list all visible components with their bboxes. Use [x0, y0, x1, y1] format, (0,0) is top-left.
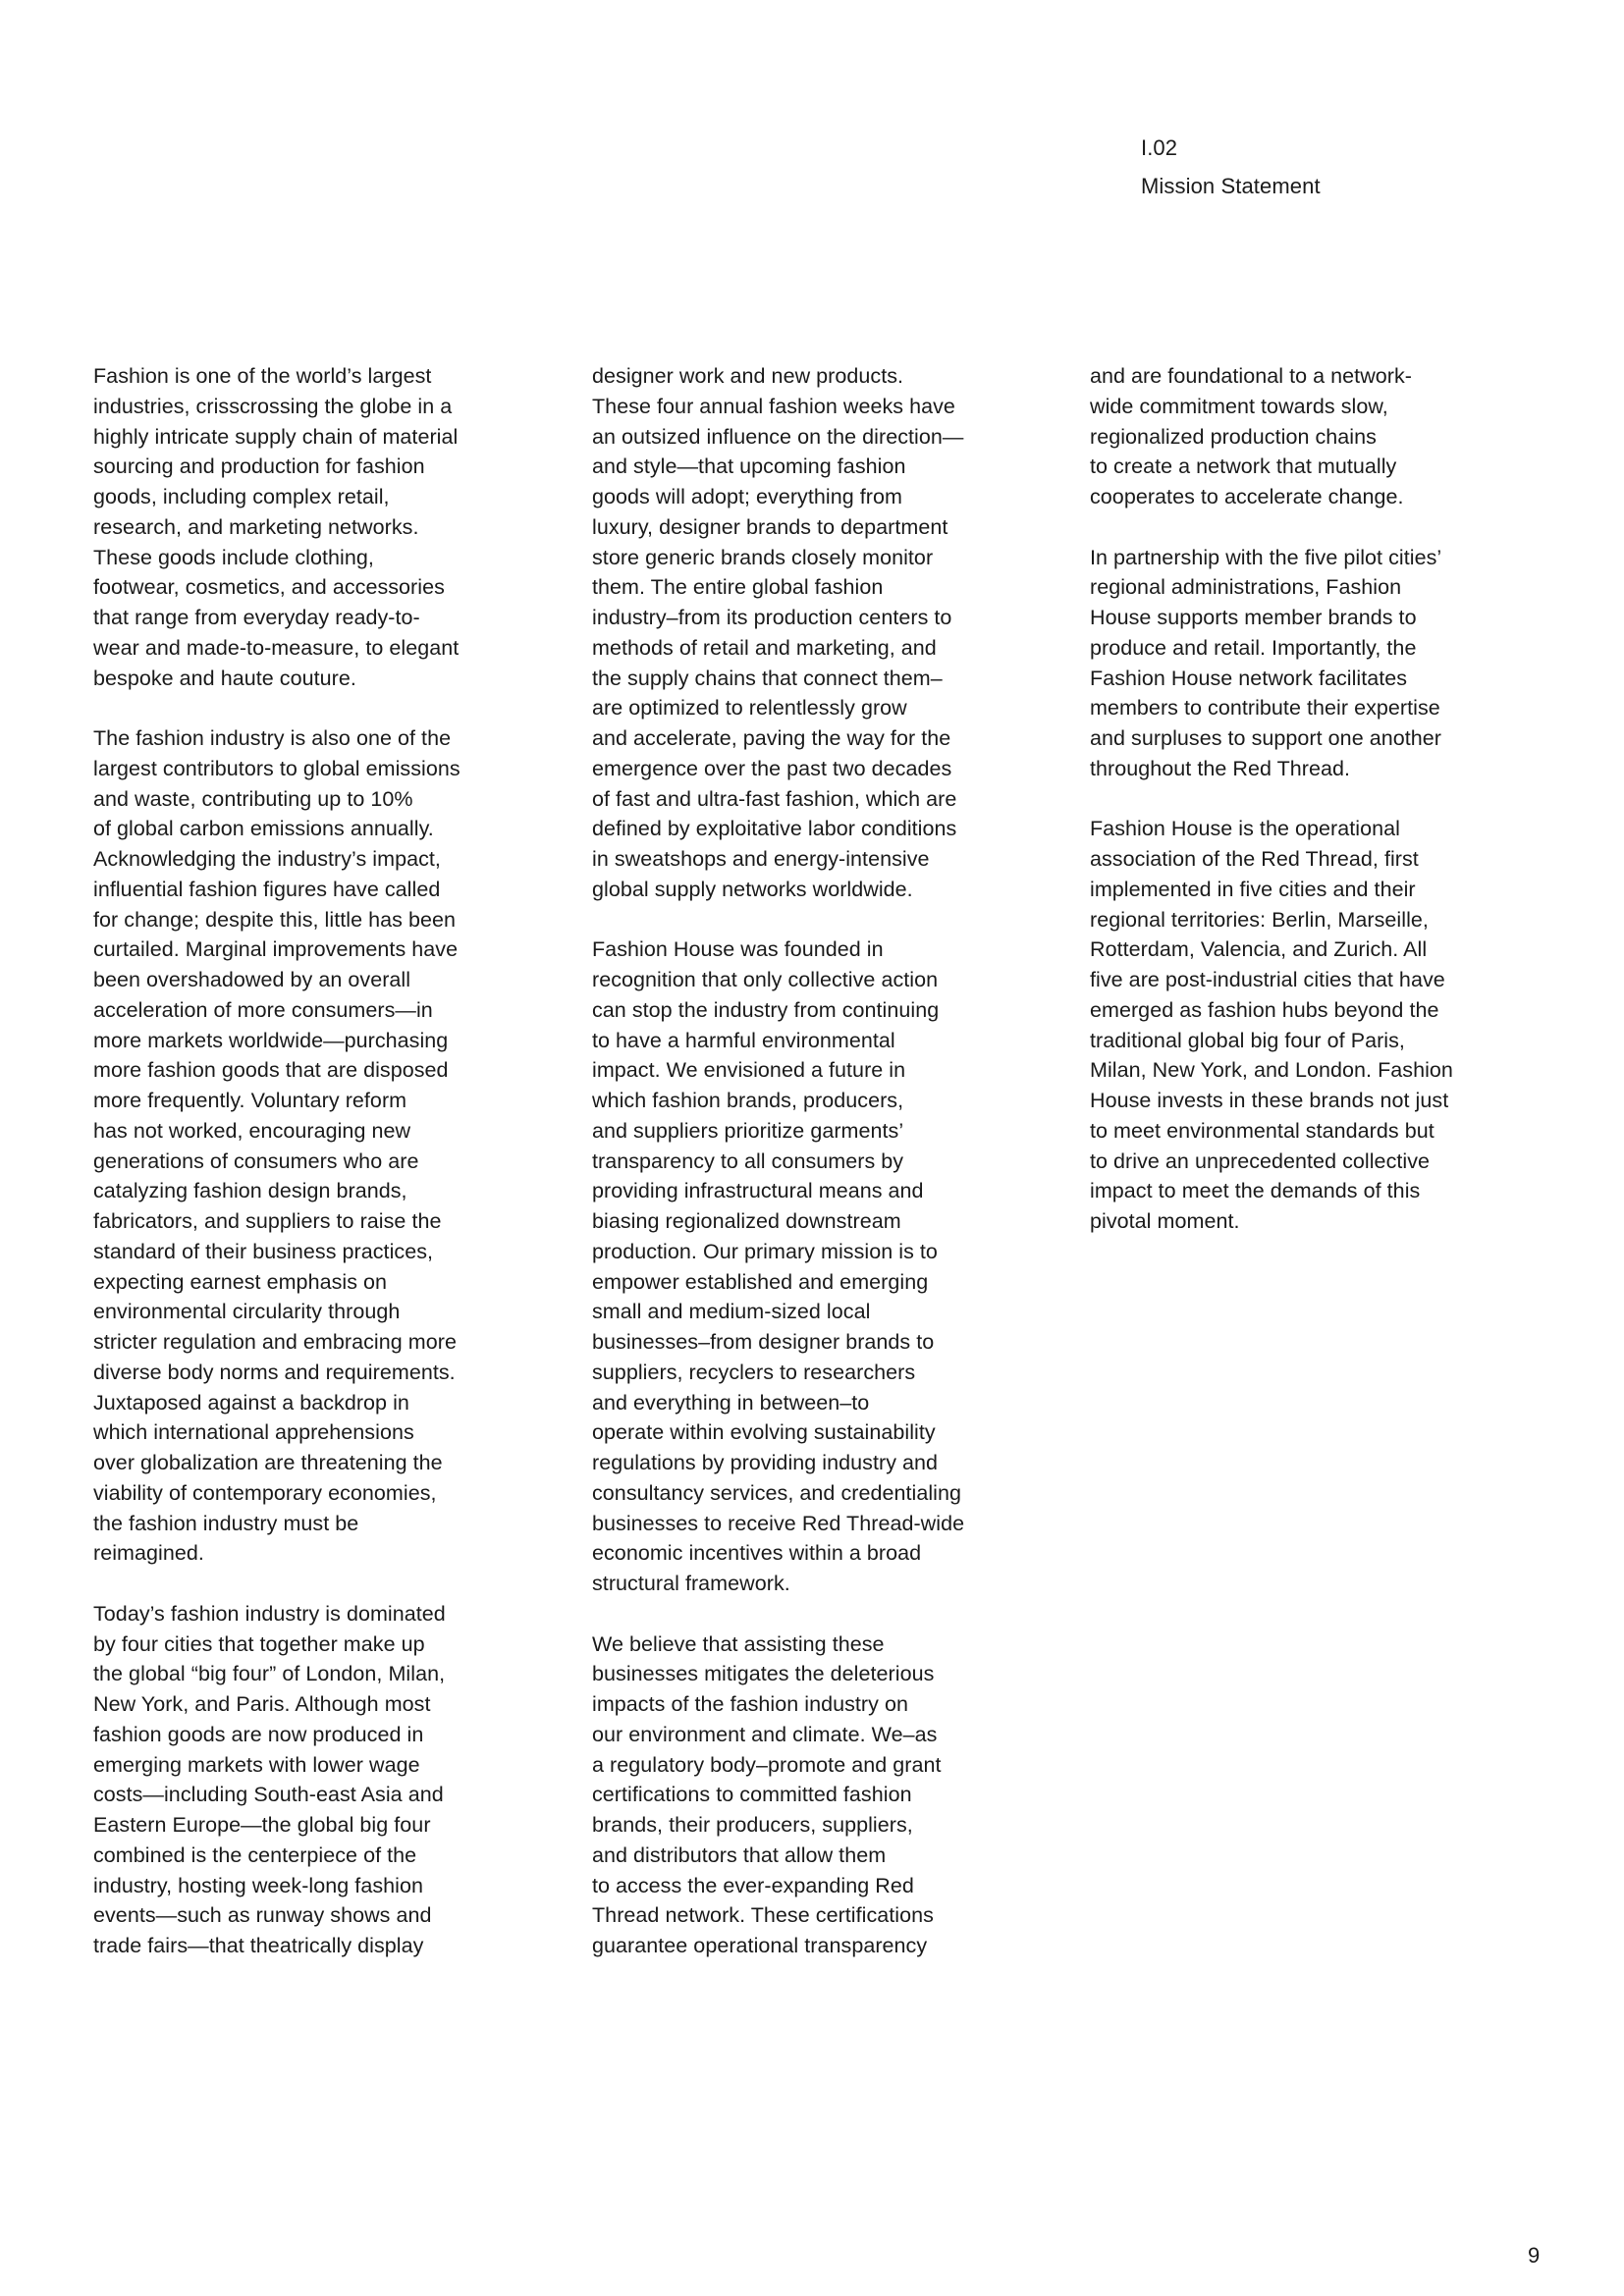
text-line: by four cities that together make up	[93, 1629, 555, 1660]
text-line: to access the ever-expanding Red	[592, 1871, 1054, 1901]
text-line: impact to meet the demands of this	[1090, 1176, 1551, 1206]
text-line: economic incentives within a broad	[592, 1538, 1054, 1569]
text-line: an outsized influence on the direction—	[592, 422, 1054, 453]
text-column-1: Fashion is one of the world’s largestind…	[93, 361, 555, 1992]
text-line: are optimized to relentlessly grow	[592, 693, 1054, 723]
text-line: of fast and ultra-fast fashion, which ar…	[592, 784, 1054, 815]
text-line: viability of contemporary economies,	[93, 1478, 555, 1509]
text-line: These goods include clothing,	[93, 543, 555, 573]
text-line: influential fashion figures have called	[93, 875, 555, 905]
text-line: We believe that assisting these	[592, 1629, 1054, 1660]
text-line: emerged as fashion hubs beyond the	[1090, 995, 1551, 1026]
paragraph: and are foundational to a network-wide c…	[1090, 361, 1551, 512]
text-line: wear and made-to-measure, to elegant	[93, 633, 555, 664]
text-line: been overshadowed by an overall	[93, 965, 555, 995]
text-column-2: designer work and new products.These fou…	[592, 361, 1054, 1992]
text-line: Fashion is one of the world’s largest	[93, 361, 555, 392]
text-line: production. Our primary mission is to	[592, 1237, 1054, 1267]
text-line: House invests in these brands not just	[1090, 1086, 1551, 1116]
text-line: can stop the industry from continuing	[592, 995, 1054, 1026]
text-line: sourcing and production for fashion	[93, 452, 555, 482]
text-line: of global carbon emissions annually.	[93, 814, 555, 844]
text-line: and accelerate, paving the way for the	[592, 723, 1054, 754]
paragraph: We believe that assisting thesebusinesse…	[592, 1629, 1054, 1961]
text-line: goods, including complex retail,	[93, 482, 555, 512]
text-line: operate within evolving sustainability	[592, 1417, 1054, 1448]
text-line: businesses to receive Red Thread-wide	[592, 1509, 1054, 1539]
text-line: empower established and emerging	[592, 1267, 1054, 1298]
text-line: events—such as runway shows and	[93, 1900, 555, 1931]
paragraph: designer work and new products.These fou…	[592, 361, 1054, 905]
text-line: Acknowledging the industry’s impact,	[93, 844, 555, 875]
text-line: association of the Red Thread, first	[1090, 844, 1551, 875]
text-line: pivotal moment.	[1090, 1206, 1551, 1237]
text-line: Milan, New York, and London. Fashion	[1090, 1055, 1551, 1086]
text-line: goods will adopt; everything from	[592, 482, 1054, 512]
section-number: I.02	[1141, 129, 1321, 167]
text-line: to create a network that mutually	[1090, 452, 1551, 482]
text-line: wide commitment towards slow,	[1090, 392, 1551, 422]
text-line: regional territories: Berlin, Marseille,	[1090, 905, 1551, 935]
section-title: Mission Statement	[1141, 167, 1321, 205]
text-line: consultancy services, and credentialing	[592, 1478, 1054, 1509]
text-line: research, and marketing networks.	[93, 512, 555, 543]
text-line: stricter regulation and embracing more	[93, 1327, 555, 1358]
text-line: bespoke and haute couture.	[93, 664, 555, 694]
text-line: emerging markets with lower wage	[93, 1750, 555, 1781]
text-line: Fashion House is the operational	[1090, 814, 1551, 844]
text-line: providing infrastructural means and	[592, 1176, 1054, 1206]
text-line: the fashion industry must be	[93, 1509, 555, 1539]
text-line: more markets worldwide—purchasing	[93, 1026, 555, 1056]
text-line: businesses–from designer brands to	[592, 1327, 1054, 1358]
text-line: House supports member brands to	[1090, 603, 1551, 633]
text-line: biasing regionalized downstream	[592, 1206, 1054, 1237]
text-line: New York, and Paris. Although most	[93, 1689, 555, 1720]
text-line: industry, hosting week-long fashion	[93, 1871, 555, 1901]
text-line: and style—that upcoming fashion	[592, 452, 1054, 482]
text-line: small and medium-sized local	[592, 1297, 1054, 1327]
text-line: reimagined.	[93, 1538, 555, 1569]
text-line: emergence over the past two decades	[592, 754, 1054, 784]
section-header: I.02 Mission Statement	[1141, 129, 1321, 205]
text-line: cooperates to accelerate change.	[1090, 482, 1551, 512]
text-line: In partnership with the five pilot citie…	[1090, 543, 1551, 573]
text-line: luxury, designer brands to department	[592, 512, 1054, 543]
text-line: them. The entire global fashion	[592, 572, 1054, 603]
text-line: to have a harmful environmental	[592, 1026, 1054, 1056]
text-line: which international apprehensions	[93, 1417, 555, 1448]
text-line: and are foundational to a network-	[1090, 361, 1551, 392]
text-line: the supply chains that connect them–	[592, 664, 1054, 694]
page-number: 9	[1528, 2241, 1540, 2270]
text-line: The fashion industry is also one of the	[93, 723, 555, 754]
text-line: largest contributors to global emissions	[93, 754, 555, 784]
text-line: more frequently. Voluntary reform	[93, 1086, 555, 1116]
text-line: more fashion goods that are disposed	[93, 1055, 555, 1086]
text-line: Today’s fashion industry is dominated	[93, 1599, 555, 1629]
text-line: These four annual fashion weeks have	[592, 392, 1054, 422]
text-line: regionalized production chains	[1090, 422, 1551, 453]
text-line: members to contribute their expertise	[1090, 693, 1551, 723]
paragraph: Today’s fashion industry is dominatedby …	[93, 1599, 555, 1961]
text-line: implemented in five cities and their	[1090, 875, 1551, 905]
text-line: regional administrations, Fashion	[1090, 572, 1551, 603]
text-line: expecting earnest emphasis on	[93, 1267, 555, 1298]
text-line: over globalization are threatening the	[93, 1448, 555, 1478]
text-line: trade fairs—that theatrically display	[93, 1931, 555, 1961]
text-line: designer work and new products.	[592, 361, 1054, 392]
text-line: industries, crisscrossing the globe in a	[93, 392, 555, 422]
text-line: and surpluses to support one another	[1090, 723, 1551, 754]
text-line: diverse body norms and requirements.	[93, 1358, 555, 1388]
text-line: curtailed. Marginal improvements have	[93, 934, 555, 965]
text-line: for change; despite this, little has bee…	[93, 905, 555, 935]
text-line: brands, their producers, suppliers,	[592, 1810, 1054, 1841]
paragraph: Fashion House is the operationalassociat…	[1090, 814, 1551, 1237]
text-line: produce and retail. Importantly, the	[1090, 633, 1551, 664]
text-line: the global “big four” of London, Milan,	[93, 1659, 555, 1689]
text-line: structural framework.	[592, 1569, 1054, 1599]
text-line: impacts of the fashion industry on	[592, 1689, 1054, 1720]
text-line: Rotterdam, Valencia, and Zurich. All	[1090, 934, 1551, 965]
text-line: certifications to committed fashion	[592, 1780, 1054, 1810]
text-line: standard of their business practices,	[93, 1237, 555, 1267]
text-line: defined by exploitative labor conditions	[592, 814, 1054, 844]
text-line: and everything in between–to	[592, 1388, 1054, 1418]
paragraph: Fashion is one of the world’s largestind…	[93, 361, 555, 693]
text-line: Thread network. These certifications	[592, 1900, 1054, 1931]
text-column-3: and are foundational to a network-wide c…	[1090, 361, 1551, 1267]
text-line: and suppliers prioritize garments’	[592, 1116, 1054, 1147]
text-line: footwear, cosmetics, and accessories	[93, 572, 555, 603]
text-line: that range from everyday ready-to-	[93, 603, 555, 633]
text-line: guarantee operational transparency	[592, 1931, 1054, 1961]
text-line: suppliers, recyclers to researchers	[592, 1358, 1054, 1388]
text-line: impact. We envisioned a future in	[592, 1055, 1054, 1086]
text-line: fashion goods are now produced in	[93, 1720, 555, 1750]
text-line: Juxtaposed against a backdrop in	[93, 1388, 555, 1418]
text-line: our environment and climate. We–as	[592, 1720, 1054, 1750]
text-line: combined is the centerpiece of the	[93, 1841, 555, 1871]
text-line: transparency to all consumers by	[592, 1147, 1054, 1177]
text-line: Eastern Europe—the global big four	[93, 1810, 555, 1841]
text-line: generations of consumers who are	[93, 1147, 555, 1177]
text-line: industry–from its production centers to	[592, 603, 1054, 633]
paragraph: The fashion industry is also one of thel…	[93, 723, 555, 1569]
text-line: acceleration of more consumers—in	[93, 995, 555, 1026]
text-line: throughout the Red Thread.	[1090, 754, 1551, 784]
text-line: to drive an unprecedented collective	[1090, 1147, 1551, 1177]
text-line: catalyzing fashion design brands,	[93, 1176, 555, 1206]
text-line: and waste, contributing up to 10%	[93, 784, 555, 815]
text-line: has not worked, encouraging new	[93, 1116, 555, 1147]
text-line: environmental circularity through	[93, 1297, 555, 1327]
text-line: Fashion House was founded in	[592, 934, 1054, 965]
text-line: store generic brands closely monitor	[592, 543, 1054, 573]
text-line: Fashion House network facilitates	[1090, 664, 1551, 694]
text-line: a regulatory body–promote and grant	[592, 1750, 1054, 1781]
text-line: to meet environmental standards but	[1090, 1116, 1551, 1147]
text-line: businesses mitigates the deleterious	[592, 1659, 1054, 1689]
text-line: in sweatshops and energy-intensive	[592, 844, 1054, 875]
text-line: regulations by providing industry and	[592, 1448, 1054, 1478]
text-line: methods of retail and marketing, and	[592, 633, 1054, 664]
text-line: which fashion brands, producers,	[592, 1086, 1054, 1116]
text-line: five are post-industrial cities that hav…	[1090, 965, 1551, 995]
text-line: costs—including South-east Asia and	[93, 1780, 555, 1810]
text-line: traditional global big four of Paris,	[1090, 1026, 1551, 1056]
paragraph: Fashion House was founded inrecognition …	[592, 934, 1054, 1599]
text-line: recognition that only collective action	[592, 965, 1054, 995]
text-line: highly intricate supply chain of materia…	[93, 422, 555, 453]
text-line: global supply networks worldwide.	[592, 875, 1054, 905]
paragraph: In partnership with the five pilot citie…	[1090, 543, 1551, 784]
text-line: fabricators, and suppliers to raise the	[93, 1206, 555, 1237]
text-line: and distributors that allow them	[592, 1841, 1054, 1871]
